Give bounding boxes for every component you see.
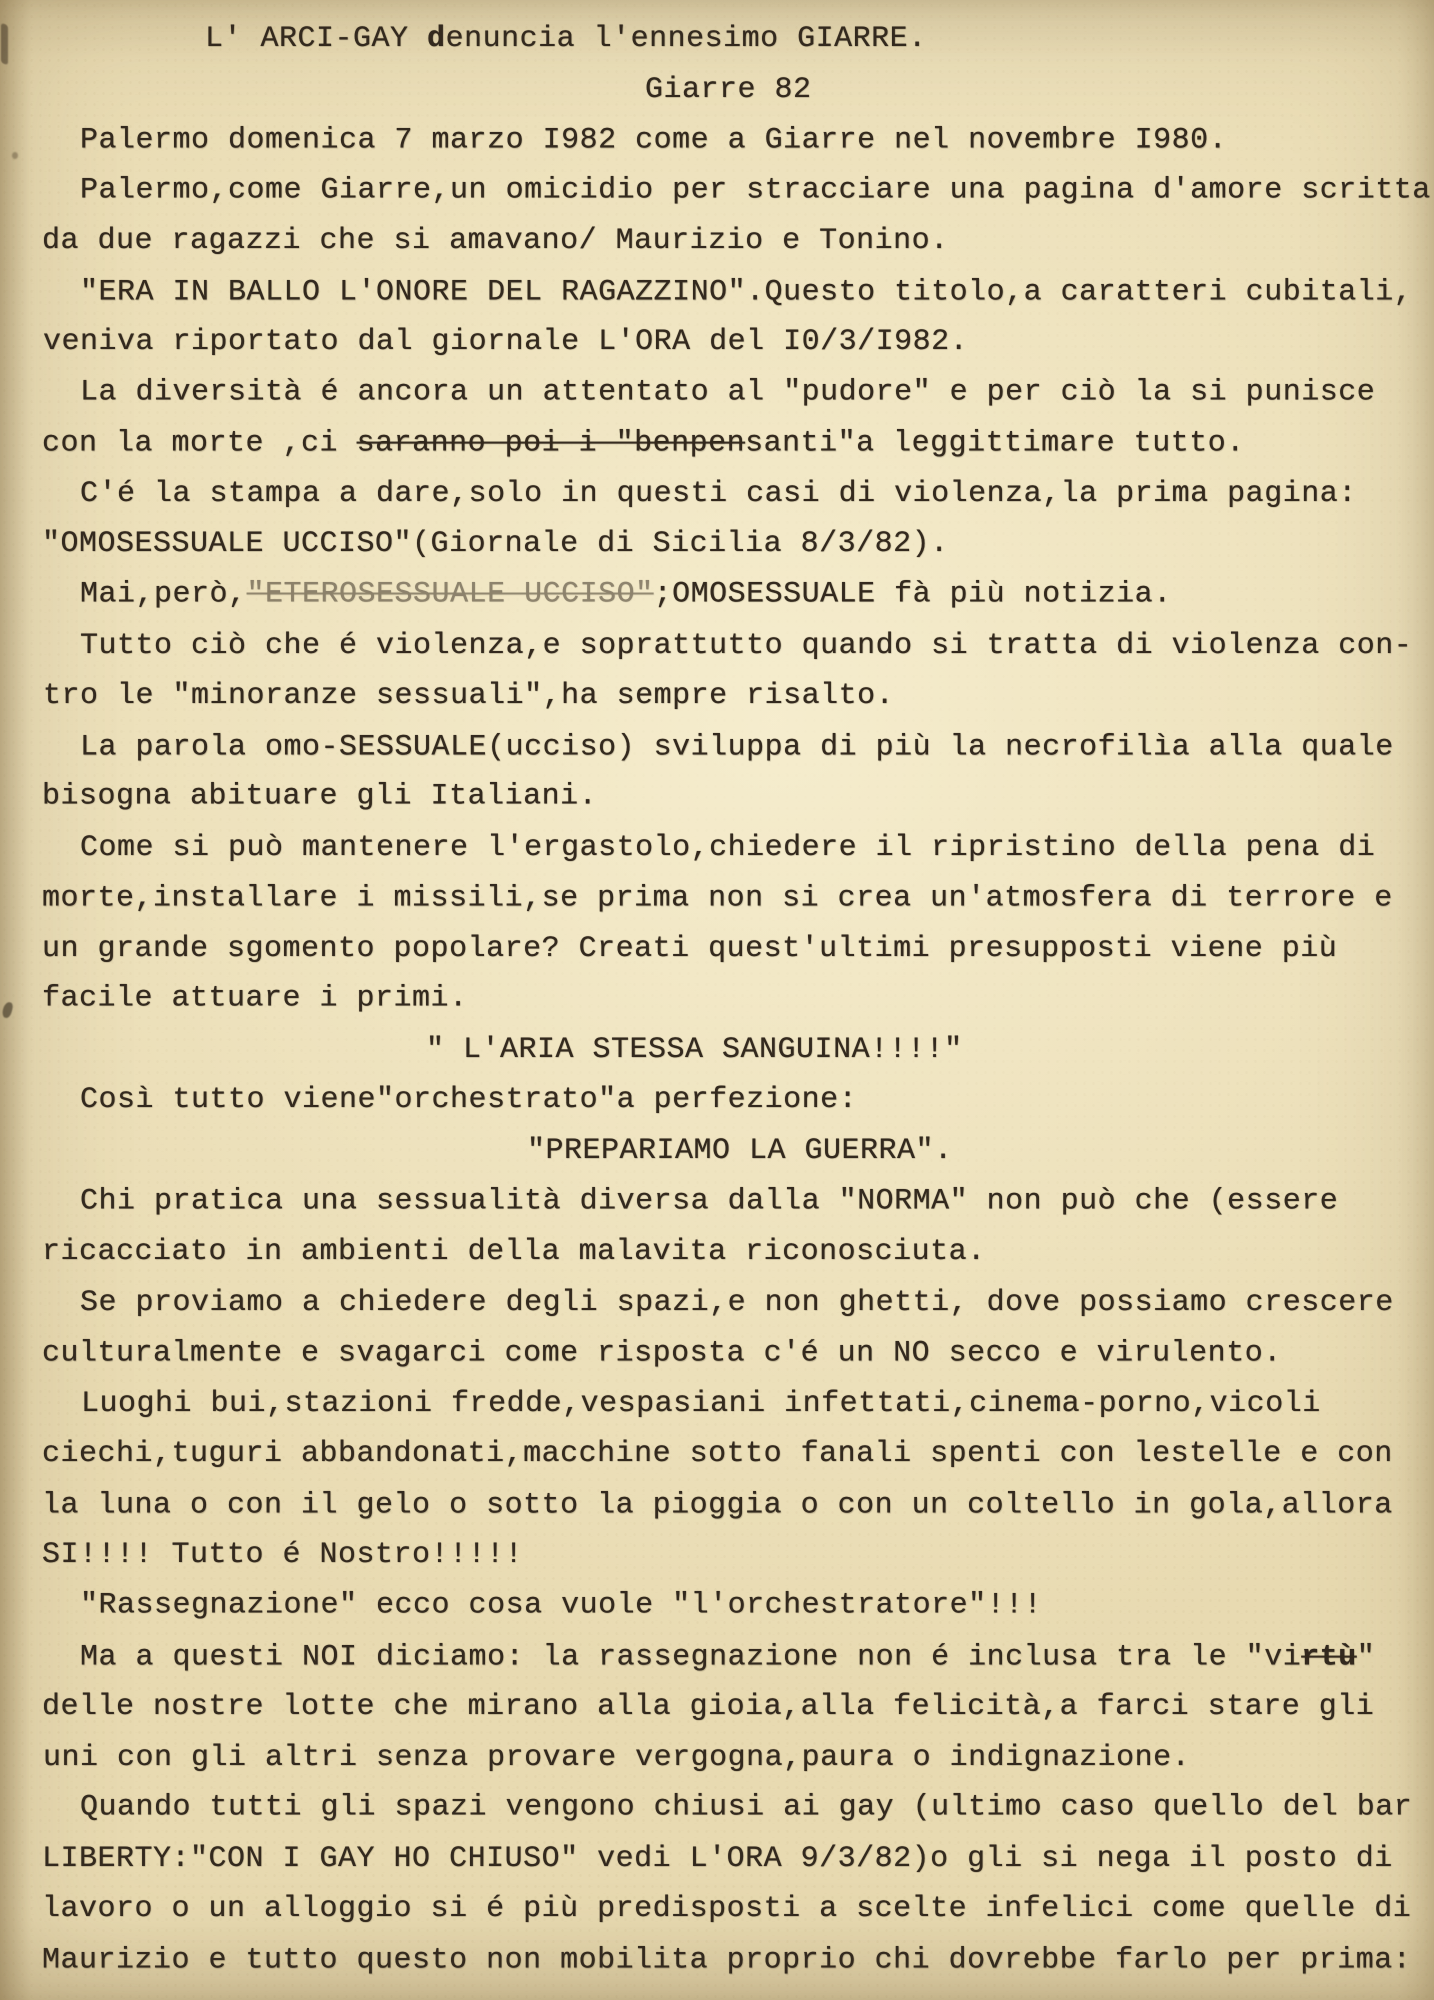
- text-line: tro le "minoranze sessuali",ha sempre ri…: [43, 671, 1434, 722]
- text-segment: facile attuare i primi.: [42, 982, 468, 1016]
- text-line: Come si può mantenere l'ergastolo,chiede…: [42, 823, 1434, 874]
- text-segment: da due ragazzi che si amavano/ Maurizio …: [42, 224, 949, 258]
- text-segment: Mai,però,: [80, 578, 247, 612]
- text-segment: Chi pratica una sessualità diversa dalla…: [80, 1184, 1338, 1218]
- text-line: C'é la stampa a dare,solo in questi casi…: [42, 469, 1434, 520]
- text-line: "PREPARIAMO LA GUERRA".: [42, 1126, 1434, 1177]
- text-line: con la morte ,ci saranno poi i "benpensa…: [42, 419, 1434, 470]
- text-segment: uni con gli altri senza provare vergogna…: [43, 1741, 1190, 1775]
- text-line: Chi pratica una sessualità diversa dalla…: [42, 1176, 1434, 1227]
- text-segment: ;OMOSESSUALE fà più notizia.: [654, 578, 1172, 612]
- text-line: L' ARCI-GAY denuncia l'ennesimo GIARRE.: [42, 14, 1434, 65]
- text-line: un grande sgomento popolare? Creati ques…: [42, 924, 1434, 975]
- text-segment: LIBERTY:"CON I GAY HO CHIUSO" vedi L'ORA…: [42, 1842, 1393, 1876]
- text-segment: Se proviamo a chiedere degli spazi,e non…: [80, 1286, 1394, 1320]
- text-line: uni con gli altri senza provare vergogna…: [43, 1733, 1434, 1784]
- text-line: SI!!!! Tutto é Nostro!!!!!: [42, 1530, 1434, 1581]
- text-segment: "Rassegnazione" ecco cosa vuole "l'orche…: [80, 1588, 1042, 1622]
- text-line: Palermo,come Giarre,un omicidio per stra…: [42, 165, 1434, 216]
- text-segment: ": [1357, 1640, 1376, 1674]
- text-segment-struck: saranno poi i "benpen: [357, 427, 746, 461]
- text-line: "OMOSESSUALE UCCISO"(Giornale di Sicilia…: [42, 519, 1434, 570]
- text-segment: Palermo domenica 7 marzo I982 come a Gia…: [80, 124, 1227, 158]
- document-text-block: L' ARCI-GAY denuncia l'ennesimo GIARRE.G…: [0, 0, 1434, 1985]
- text-line: culturalmente e svagarci come risposta c…: [42, 1329, 1434, 1380]
- text-segment: Quando tutti gli spazi vengono chiusi ai…: [80, 1791, 1412, 1825]
- text-line: La diversità é ancora un attentato al "p…: [42, 367, 1434, 418]
- text-line: Tutto ciò che é violenza,e soprattutto q…: [42, 621, 1434, 672]
- text-segment: ricacciato in ambienti della malavita ri…: [42, 1235, 986, 1269]
- text-segment: bisogna abituare gli Italiani.: [42, 780, 597, 814]
- text-segment: C'é la stampa a dare,solo in questi casi…: [80, 477, 1357, 511]
- text-segment: Come si può mantenere l'ergastolo,chiede…: [80, 831, 1375, 865]
- text-segment: tro le "minoranze sessuali",ha sempre ri…: [43, 679, 894, 713]
- text-line: "Rassegnazione" ecco cosa vuole "l'orche…: [42, 1580, 1434, 1631]
- text-line: " L'ARIA STESSA SANGUINA!!!!": [43, 1025, 1434, 1076]
- text-segment: lavoro o un alloggio si é più predispost…: [42, 1892, 1411, 1926]
- text-segment-faded-struck: "ETEROSESSUALE UCCISO": [247, 578, 654, 612]
- text-line: Se proviamo a chiedere degli spazi,e non…: [42, 1278, 1434, 1329]
- text-line: bisogna abituare gli Italiani.: [42, 772, 1434, 823]
- text-line: da due ragazzi che si amavano/ Maurizio …: [42, 216, 1434, 267]
- text-segment: santi"a leggittimare tutto.: [745, 427, 1245, 461]
- text-segment: L' ARCI-GAY: [205, 22, 427, 56]
- text-line: facile attuare i primi.: [42, 974, 1434, 1025]
- text-segment: La parola omo-SESSUALE(ucciso) sviluppa …: [80, 730, 1394, 764]
- text-segment: un grande sgomento popolare? Creati ques…: [42, 932, 1337, 966]
- text-segment: Tutto ciò che é violenza,e soprattutto q…: [80, 629, 1412, 663]
- typewritten-page: L' ARCI-GAY denuncia l'ennesimo GIARRE.G…: [0, 0, 1434, 2000]
- text-line: Ma a questi NOI diciamo: la rassegnazion…: [42, 1632, 1434, 1683]
- text-segment: " L'ARIA STESSA SANGUINA!!!!": [426, 1033, 963, 1067]
- text-segment: Giarre 82: [645, 73, 812, 107]
- text-segment: veniva riportato dal giornale L'ORA del …: [43, 325, 968, 359]
- text-segment: Ma a questi NOI diciamo: la rassegnazion…: [80, 1640, 1301, 1674]
- text-line: "ERA IN BALLO L'ONORE DEL RAGAZZINO".Que…: [42, 267, 1434, 318]
- text-segment: culturalmente e svagarci come risposta c…: [42, 1337, 1282, 1371]
- text-segment: Così tutto viene"orchestrato"a perfezion…: [80, 1083, 857, 1117]
- text-line: ricacciato in ambienti della malavita ri…: [42, 1227, 1434, 1278]
- text-line: veniva riportato dal giornale L'ORA del …: [43, 317, 1434, 368]
- text-line: Quando tutti gli spazi vengono chiusi ai…: [42, 1783, 1434, 1834]
- text-segment: Maurizio e tutto questo non mobilita pro…: [42, 1943, 1411, 1977]
- text-line: Mai,però,"ETEROSESSUALE UCCISO";OMOSESSU…: [42, 570, 1434, 621]
- text-line: lavoro o un alloggio si é più predispost…: [42, 1884, 1434, 1935]
- text-segment: morte,installare i missili,se prima non …: [42, 882, 1393, 916]
- text-segment: "ERA IN BALLO L'ONORE DEL RAGAZZINO".Que…: [80, 275, 1412, 309]
- text-line: Così tutto viene"orchestrato"a perfezion…: [42, 1075, 1434, 1126]
- text-line: la luna o con il gelo o sotto la pioggia…: [42, 1480, 1434, 1531]
- text-line: Palermo domenica 7 marzo I982 come a Gia…: [42, 116, 1434, 167]
- text-segment: Luoghi bui,stazioni fredde,vespasiani in…: [81, 1387, 1321, 1421]
- text-segment-bold: d: [427, 22, 446, 56]
- text-line: LIBERTY:"CON I GAY HO CHIUSO" vedi L'ORA…: [42, 1834, 1434, 1885]
- text-segment: Palermo,come Giarre,un omicidio per stra…: [80, 173, 1431, 207]
- text-segment: la luna o con il gelo o sotto la pioggia…: [42, 1488, 1393, 1522]
- text-segment-bold-struck: rtù: [1301, 1640, 1357, 1674]
- text-segment: con la morte ,ci: [42, 427, 357, 461]
- text-line: delle nostre lotte che mirano alla gioia…: [42, 1682, 1434, 1733]
- text-segment: "OMOSESSUALE UCCISO"(Giornale di Sicilia…: [42, 527, 949, 561]
- text-line: ciechi,tuguri abbandonati,macchine sotto…: [42, 1429, 1434, 1480]
- text-segment: delle nostre lotte che mirano alla gioia…: [42, 1690, 1374, 1724]
- text-segment: "PREPARIAMO LA GUERRA".: [527, 1134, 953, 1168]
- text-line: Maurizio e tutto questo non mobilita pro…: [42, 1935, 1434, 1986]
- text-segment: SI!!!! Tutto é Nostro!!!!!: [42, 1538, 523, 1572]
- text-line: Luoghi bui,stazioni fredde,vespasiani in…: [43, 1379, 1434, 1430]
- text-segment: La diversità é ancora un attentato al "p…: [80, 375, 1375, 409]
- text-segment: enuncia l'ennesimo GIARRE.: [446, 22, 927, 56]
- text-line: morte,installare i missili,se prima non …: [42, 874, 1434, 925]
- text-segment: ciechi,tuguri abbandonati,macchine sotto…: [42, 1437, 1393, 1471]
- text-line: Giarre 82: [42, 65, 1434, 116]
- text-line: La parola omo-SESSUALE(ucciso) sviluppa …: [42, 722, 1434, 773]
